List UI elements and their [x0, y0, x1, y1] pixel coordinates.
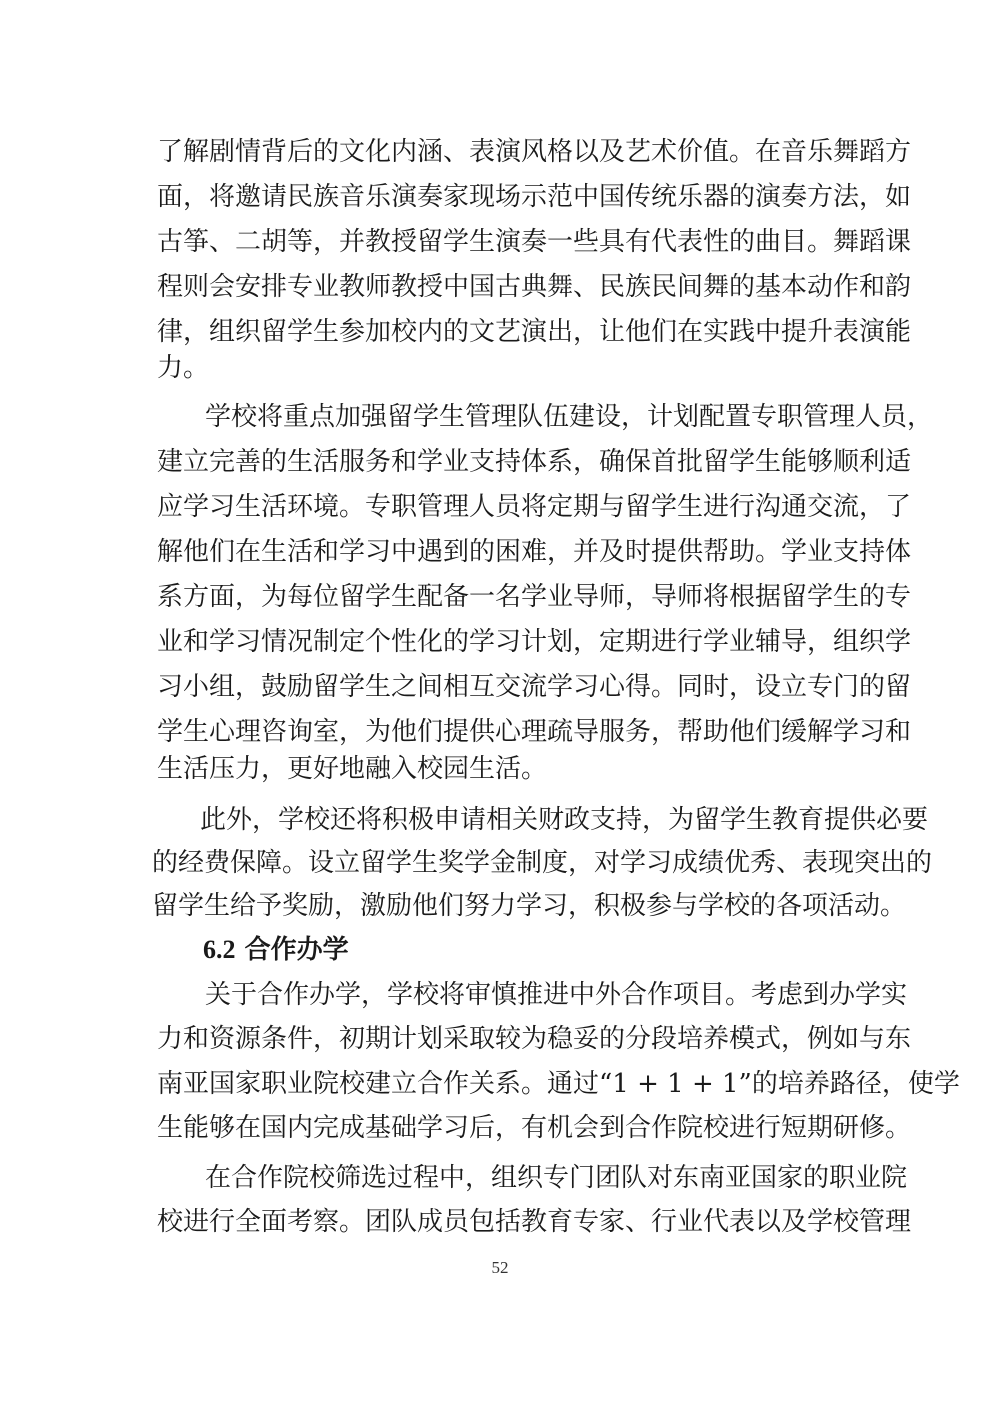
paragraph-2-line-1: 学校将重点加强留学生管理队伍建设，计划配置专职管理人员，: [205, 400, 840, 434]
paragraph-4-line-3: 南亚国家职业院校建立合作关系。通过“1 + 1 + 1”的培养路径，使学: [157, 1067, 840, 1101]
paragraph-2-line-4: 解他们在生活和学习中遇到的困难，并及时提供帮助。学业支持体: [157, 535, 840, 569]
paragraph-4-line-1: 关于合作办学，学校将审慎推进中外合作项目。考虑到办学实: [205, 978, 840, 1012]
paragraph-3-line-1: 此外，学校还将积极申请相关财政支持，为留学生教育提供必要: [200, 803, 842, 837]
paragraph-2-line-9: 生活压力，更好地融入校园生活。: [157, 752, 840, 786]
paragraph-1-line-5: 律，组织留学生参加校内的文艺演出，让他们在实践中提升表演能: [157, 315, 840, 349]
paragraph-1-line-3: 古筝、二胡等，并教授留学生演奏一些具有代表性的曲目。舞蹈课: [157, 225, 840, 259]
paragraph-2-line-2: 建立完善的生活服务和学业支持体系，确保首批留学生能够顺利适: [157, 445, 840, 479]
paragraph-2-line-7: 习小组，鼓励留学生之间相互交流学习心得。同时，设立专门的留: [157, 670, 840, 704]
paragraph-1-line-2: 面，将邀请民族音乐演奏家现场示范中国传统乐器的演奏方法，如: [157, 180, 840, 214]
section-heading: 6.2 合作办学: [203, 933, 349, 967]
paragraph-3-line-2: 的经费保障。设立留学生奖学金制度，对学习成绩优秀、表现突出的: [152, 846, 842, 880]
paragraph-1-line-4: 程则会安排专业教师教授中国古典舞、民族民间舞的基本动作和韵: [157, 270, 840, 304]
paragraph-4-line-4: 生能够在国内完成基础学习后，有机会到合作院校进行短期研修。: [157, 1111, 840, 1145]
paragraph-2-line-5: 系方面，为每位留学生配备一名学业导师，导师将根据留学生的专: [157, 580, 840, 614]
paragraph-1-line-1: 了解剧情背后的文化内涵、表演风格以及艺术价值。在音乐舞蹈方: [157, 135, 840, 169]
document-page: 了解剧情背后的文化内涵、表演风格以及艺术价值。在音乐舞蹈方 面，将邀请民族音乐演…: [0, 0, 1000, 1414]
paragraph-5-line-2: 校进行全面考察。团队成员包括教育专家、行业代表以及学校管理: [157, 1205, 840, 1239]
paragraph-3-line-3: 留学生给予奖励，激励他们努力学习，积极参与学校的各项活动。: [152, 889, 835, 923]
paragraph-2-line-6: 业和学习情况制定个性化的学习计划，定期进行学业辅导，组织学: [157, 625, 840, 659]
page-number: 52: [0, 1258, 1000, 1278]
section-number: 6.2: [203, 935, 236, 964]
paragraph-4-line-2: 力和资源条件，初期计划采取较为稳妥的分段培养模式，例如与东: [157, 1022, 840, 1056]
paragraph-5-line-1: 在合作院校筛选过程中，组织专门团队对东南亚国家的职业院: [205, 1161, 840, 1195]
section-title: 合作办学: [245, 935, 349, 965]
paragraph-1-line-6: 力。: [157, 351, 840, 385]
paragraph-2-line-3: 应学习生活环境。专职管理人员将定期与留学生进行沟通交流，了: [157, 490, 840, 524]
paragraph-2-line-8: 学生心理咨询室，为他们提供心理疏导服务，帮助他们缓解学习和: [157, 715, 840, 749]
